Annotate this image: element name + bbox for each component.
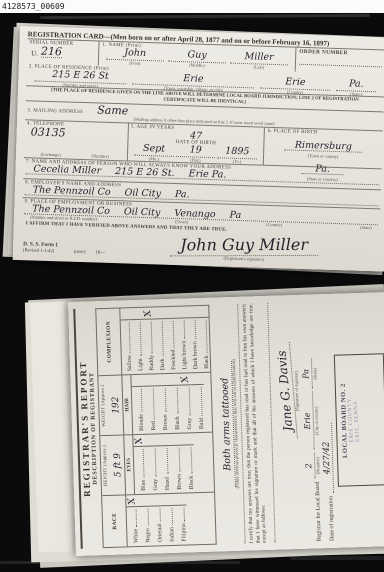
hair-option-bald: Bald bbox=[191, 373, 205, 432]
hair-gray-mark: X bbox=[180, 375, 191, 383]
weight-value: 192 bbox=[111, 396, 122, 413]
weight-field: WEIGHT (Approx.) 192 bbox=[98, 375, 123, 435]
characteristics-field: Both arms tattooed (Other obvious physic… bbox=[212, 304, 246, 545]
age-dob-field: 5. AGE IN YEARS 47 DATE OF BIRTH Sept(Mo… bbox=[128, 123, 265, 164]
height-label: HEIGHT (Approx.) bbox=[101, 436, 108, 495]
race-option-white: WhiteX bbox=[126, 495, 140, 546]
birthplace-label: 6. PLACE OF BIRTH bbox=[268, 129, 380, 138]
order-number-field: ORDER NUMBER bbox=[295, 48, 384, 75]
employer-state: Pa. bbox=[175, 190, 190, 200]
form-revision: (Revised 1-1-42) bbox=[23, 247, 54, 253]
height-weight-eyes-hair-column: HEIGHT (Approx.) 5 ft 9 WEIGHT (Approx.)… bbox=[98, 372, 214, 495]
complexion-ruddy-mark: X bbox=[142, 309, 153, 317]
local-board-stamp: LOCAL BOARD NO. 2 ERIE COUNTY ERIE, PENN… bbox=[334, 353, 384, 487]
race-option-filipino: Filipino bbox=[174, 494, 188, 545]
contact-name: Cecelia Miller bbox=[33, 164, 101, 176]
registrars-report-card: REGISTRAR'S REPORT DESCRIPTION OF REGIST… bbox=[68, 291, 384, 556]
employer-city: Oil City bbox=[124, 188, 161, 199]
scanned-draft-card-page: { "scan_label": "4128573_00609", "regist… bbox=[0, 0, 384, 572]
birthplace-field: 6. PLACE OF BIRTH Rimersburg (Town or co… bbox=[264, 127, 383, 168]
race-white-mark: X bbox=[127, 497, 138, 505]
contact-city: Erie Pa. bbox=[188, 169, 226, 180]
front-print-code: 16— bbox=[95, 250, 105, 255]
order-number-blank bbox=[299, 64, 382, 68]
registrant-signature: John Guy Miller bbox=[170, 235, 318, 257]
employment-county: Venango bbox=[174, 209, 216, 220]
description-table: RACE WhiteX Negro Oriental Indian Filipi… bbox=[96, 305, 216, 548]
registrar-signature-block: Jane G. Davis (Signature of registrar) bbox=[274, 326, 301, 457]
registration-date-value: 4/27/42 bbox=[322, 423, 335, 493]
registration-date-label: Date of registration bbox=[329, 496, 336, 541]
race-column: RACE WhiteX Negro Oriental Indian Filipi… bbox=[102, 492, 216, 547]
complexion-option-black: Black bbox=[197, 306, 210, 372]
scan-filename-label: 4128573_00609 bbox=[0, 0, 384, 13]
scanner-streak bbox=[40, 14, 370, 19]
scanner-streak bbox=[290, 556, 384, 560]
eyes-column: EYES BlueX Gray Hazel Brown Black bbox=[124, 432, 214, 495]
hair-column: HAIR Blonde Red Brown Black GrayX Bald bbox=[122, 373, 212, 435]
complexion-header: COMPLEXION bbox=[96, 308, 122, 375]
board-label: Registrar for Local Board bbox=[315, 482, 323, 542]
weight-label: WEIGHT (Approx.) bbox=[99, 376, 106, 435]
order-number-label: ORDER NUMBER bbox=[299, 49, 382, 58]
employment-town: Oil City bbox=[124, 207, 161, 218]
telephone-field: 4. TELEPHONE 03135 (Exchange) (Number) bbox=[24, 120, 129, 160]
serial-prefix: U. bbox=[31, 49, 38, 57]
employer-name: The Pennzoil Co bbox=[33, 185, 111, 197]
serial-number-field: SERIAL NUMBER U. 216 bbox=[27, 39, 100, 65]
registration-card: REGISTRATION CARD—(Men born on or after … bbox=[13, 26, 384, 272]
local-board-stamp-block: LOCAL BOARD NO. 2 ERIE COUNTY ERIE, PENN… bbox=[332, 299, 384, 541]
employment-state: Pa bbox=[229, 210, 241, 220]
eyes-blue-mark: X bbox=[134, 436, 145, 444]
serial-number-value: 216 bbox=[41, 46, 62, 59]
telephone-value: 03135 bbox=[27, 126, 126, 140]
contact-street: 215 E 26 St. bbox=[115, 167, 175, 178]
complexion-column: COMPLEXION Sallow Light RuddyX Dark Frec… bbox=[96, 306, 210, 375]
height-field: HEIGHT (Approx.) 5 ft 9 bbox=[100, 434, 125, 495]
height-value: 5 ft 9 bbox=[113, 453, 124, 477]
birthplace-state: Pa. bbox=[301, 164, 344, 176]
mailing-value: Same bbox=[97, 104, 128, 116]
eyes-option-black: Black bbox=[181, 433, 195, 492]
race-header: RACE bbox=[102, 495, 128, 547]
over-note: (over) bbox=[74, 250, 86, 255]
birthplace-town: Rimersburg bbox=[285, 140, 362, 153]
